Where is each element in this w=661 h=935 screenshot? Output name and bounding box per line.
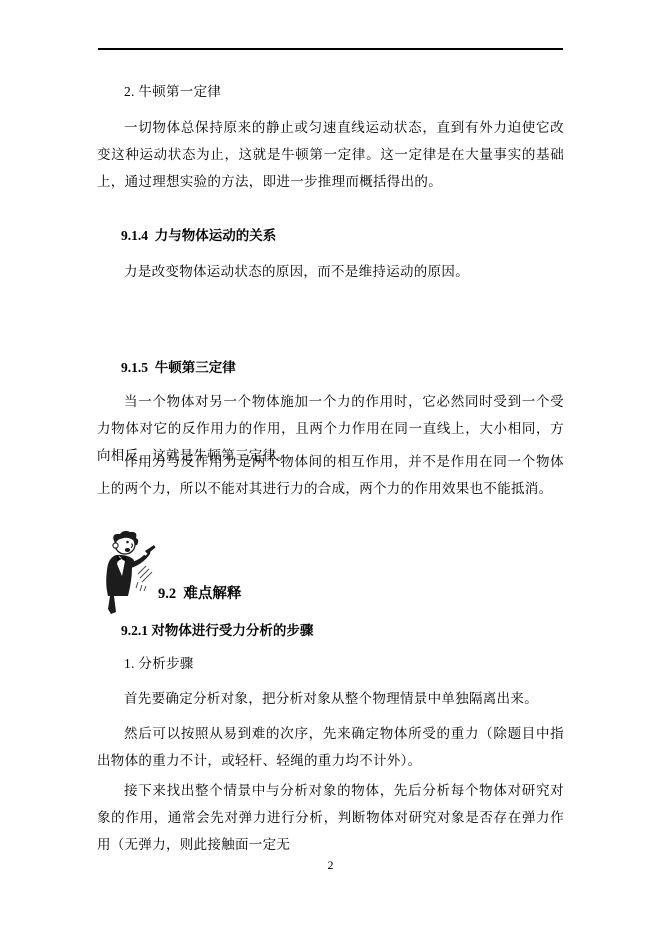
item-analysis-steps-title: 1. 分析步骤 xyxy=(97,650,564,677)
paragraph-step-identify-object: 首先要确定分析对象，把分析对象从整个物理情景中单独隔离出来。 xyxy=(97,685,564,712)
paragraph-step-gravity: 然后可以按照从易到难的次序，先来确定物体所受的重力（除题目中指出物体的重力不计，… xyxy=(97,720,564,774)
paragraph-newton-first-law: 一切物体总保持原来的静止或匀速直线运动状态，直到有外力迫使它改变这种运动状态为止… xyxy=(97,114,564,195)
document-page: 2. 牛顿第一定律 一切物体总保持原来的静止或匀速直线运动状态，直到有外力迫使它… xyxy=(0,0,661,935)
heading-9-1-5: 9.1.5 牛顿第三定律 xyxy=(121,358,236,378)
heading-9-2-1: 9.2.1 对物体进行受力分析的步骤 xyxy=(121,621,313,641)
pointing-teacher-cartoon-illustration xyxy=(98,530,158,618)
item-newton-first-law-title: 2. 牛顿第一定律 xyxy=(97,78,564,105)
header-rule xyxy=(98,48,563,50)
paragraph-force-motion-relation: 力是改变物体运动状态的原因，而不是维持运动的原因。 xyxy=(97,258,564,285)
heading-9-2: 9.2 难点解释 xyxy=(158,584,241,604)
paragraph-newton-third-law-2: 作用力与反作用力是两个物体间的相互作用，并不是作用在同一个物体上的两个力，所以不… xyxy=(97,448,564,502)
paragraph-step-contact-forces: 接下来找出整个情景中与分析对象的物体，先后分析每个物体对研究对象的作用，通常会先… xyxy=(97,777,564,858)
page-number: 2 xyxy=(0,857,661,873)
heading-9-1-4: 9.1.4 力与物体运动的关系 xyxy=(121,226,276,246)
